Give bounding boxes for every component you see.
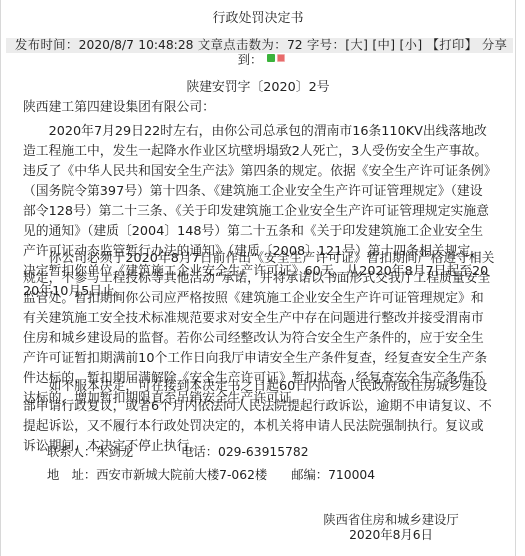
share-row: 到：: [6, 53, 513, 68]
contact-address-row: 地 址：西安市新城大院前大楼7-062楼邮编：710004: [47, 467, 375, 483]
document-page: 行政处罚决定书 发布时间：2020/8/7 10:48:28 文章点击数为：72…: [0, 0, 516, 556]
share-label-part2: 到：: [238, 53, 263, 67]
view-count: 文章点击数为：72: [198, 38, 303, 52]
addressee: 陕西建工第四建设集团有限公司：: [23, 99, 215, 116]
info-bar-line: 发布时间：2020/8/7 10:48:28 文章点击数为：72 字号：[大] …: [6, 38, 513, 53]
publish-time: 发布时间：2020/8/7 10:48:28: [15, 38, 193, 52]
contact-phone: 029-63915782: [218, 445, 309, 459]
signature-block: 陕西省住房和城乡建设厅 2020年8月6日: [321, 513, 461, 543]
font-size-small-link[interactable]: [小]: [399, 38, 422, 52]
print-link[interactable]: 【打印】: [427, 38, 478, 52]
contact-address-label: 地 址：: [47, 468, 96, 482]
font-size-medium-link[interactable]: [中]: [372, 38, 395, 52]
view-count-label: 文章点击数为：: [198, 38, 287, 52]
publish-time-label: 发布时间：: [15, 38, 79, 52]
contact-person-row: 联系人：朱剑龙电话：029-63915782: [47, 444, 309, 460]
signature-date: 2020年8月6日: [321, 528, 461, 543]
contact-person-label: 联系人：: [47, 445, 96, 459]
wechat-icon[interactable]: [267, 54, 275, 62]
font-size-large-link[interactable]: [大]: [345, 38, 368, 52]
font-size-controls: 字号：[大] [中] [小]: [307, 38, 422, 52]
contact-address: 西安市新城大院前大楼7-062楼: [96, 468, 267, 482]
contact-person: 朱剑龙: [96, 445, 133, 459]
weibo-icon[interactable]: [277, 54, 285, 62]
signature-organization: 陕西省住房和城乡建设厅: [321, 513, 461, 528]
document-number: 陕建安罚字〔2020〕2号: [1, 79, 515, 96]
contact-postcode-label: 邮编：: [291, 468, 328, 482]
article-info-bar: 发布时间：2020/8/7 10:48:28 文章点击数为：72 字号：[大] …: [6, 38, 513, 68]
font-size-label: 字号：: [307, 38, 345, 52]
share-label-part1: 分享: [482, 38, 507, 52]
page-title: 行政处罚决定书: [1, 10, 515, 28]
view-count-value: 72: [287, 38, 303, 52]
publish-time-value: 2020/8/7 10:48:28: [79, 38, 194, 52]
contact-postcode: 710004: [328, 468, 375, 482]
contact-phone-label: 电话：: [181, 445, 218, 459]
